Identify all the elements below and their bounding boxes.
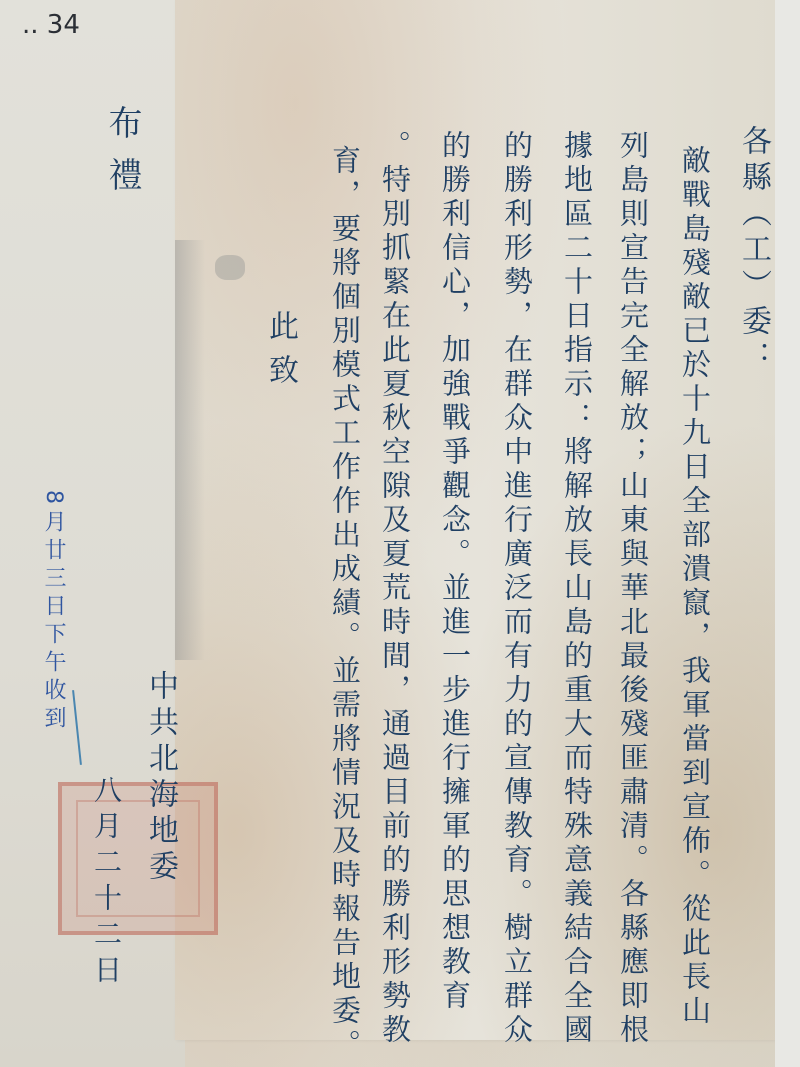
- body-column-4: 的勝利形勢，在群众中進行廣泛而有力的宣傳教育。樹立群众: [502, 130, 531, 1048]
- salutation: 布禮: [105, 105, 139, 209]
- body-column-5: 的勝利信心，加強戰爭觀念。並進一步進行擁軍的思想教育: [440, 130, 469, 1014]
- background-edge: [775, 0, 800, 1067]
- closing: 此致: [265, 310, 295, 398]
- addressee: 各縣（工）委：: [738, 125, 768, 377]
- body-column-2: 列島則宣告完全解放；山東與華北最後殘匪肅清。各縣應即根: [618, 130, 647, 1048]
- body-column-7: 育，要將個別模式工作作出成績。並需將情況及時報告地委。: [330, 145, 359, 1063]
- body-column-6: 。特別抓緊在此夏秋空隙及夏荒時間，通過目前的勝利形勢教: [380, 130, 409, 1048]
- received-annotation: 8月廿三日下午收到: [38, 490, 69, 734]
- page-number-value: 34: [47, 10, 80, 40]
- fold-shadow: [175, 240, 205, 660]
- signature-sender: 中共北海地委: [145, 670, 175, 886]
- red-seal-stamp: [58, 782, 218, 935]
- ink-stain: [215, 255, 245, 280]
- body-column-3: 據地區二十日指示：將解放長山島的重大而特殊意義結合全國: [562, 130, 591, 1048]
- signature-date: 八月二十二日: [92, 775, 120, 991]
- archival-document-photo: .. 34 各縣（工）委： 敵戰島殘敵已於十九日全部潰竄，我軍當到宣佈。從此長山…: [0, 0, 800, 1067]
- page-marker: ..: [22, 10, 39, 40]
- body-column-1: 敵戰島殘敵已於十九日全部潰竄，我軍當到宣佈。從此長山: [680, 145, 709, 1029]
- page-number: .. 34: [22, 10, 80, 40]
